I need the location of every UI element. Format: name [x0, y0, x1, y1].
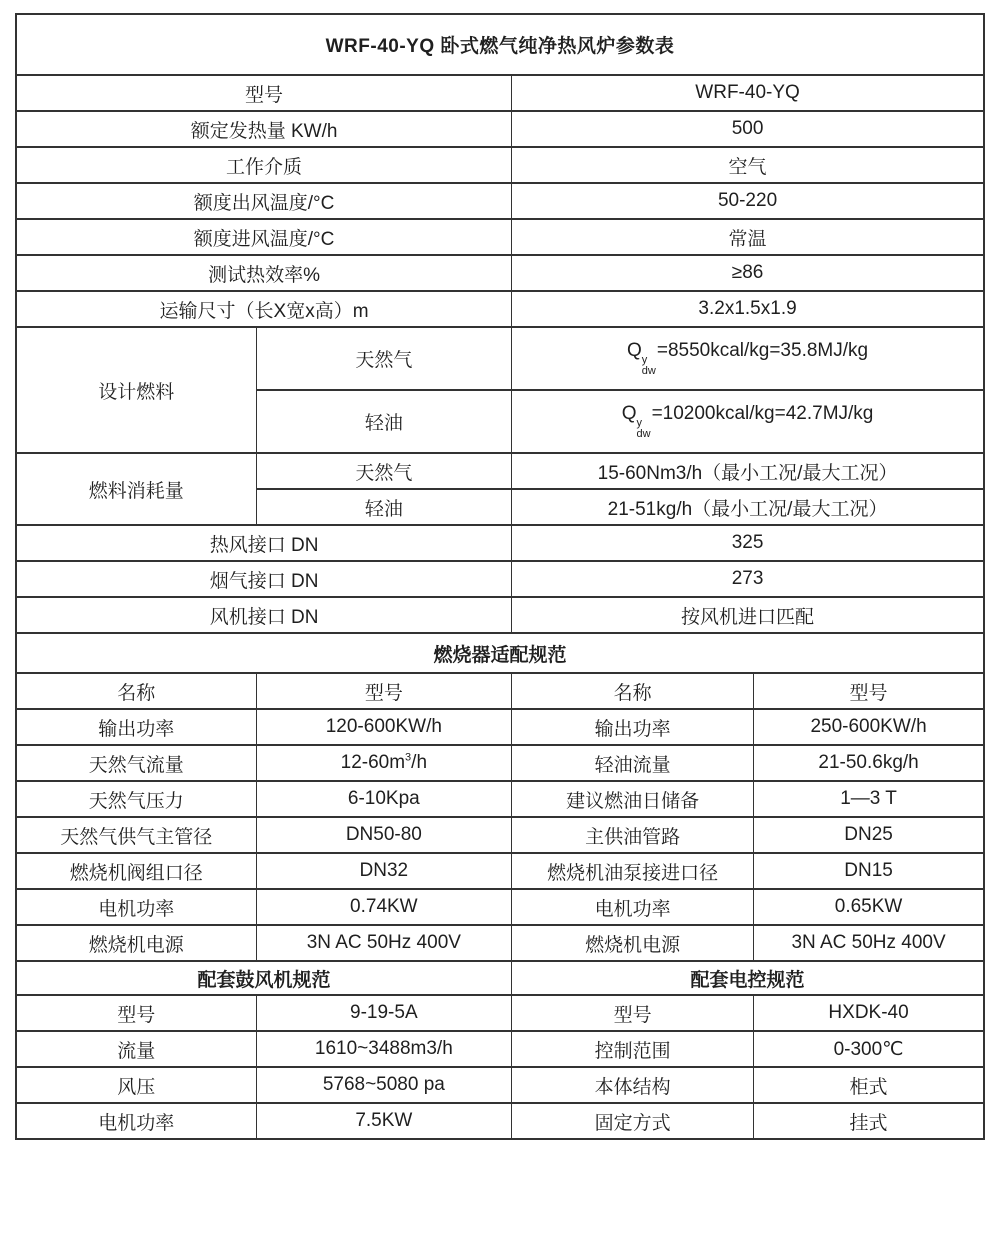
burner-cell: 燃烧机油泵接进口径 — [512, 853, 754, 889]
spec-label: 运输尺寸（长X宽x高）m — [16, 291, 512, 327]
page: WRF-40-YQ 卧式燃气纯净热风炉参数表 型号 WRF-40-YQ 额定发热… — [0, 0, 1000, 1245]
burner-col-header: 名称 — [512, 673, 754, 709]
fuel-consumption-value: 15-60Nm3/h（最小工况/最大工况） — [512, 453, 984, 489]
spec-label: 测试热效率% — [16, 255, 512, 291]
spec-value: 空气 — [512, 147, 984, 183]
spec-value: WRF-40-YQ — [512, 75, 984, 111]
burner-cell: 电机功率 — [16, 889, 256, 925]
design-fuel-type: 轻油 — [256, 390, 512, 453]
spec-label: 额度进风温度/°C — [16, 219, 512, 255]
q-sup-sub: ydw — [637, 418, 651, 440]
bottom-cell: 电机功率 — [16, 1103, 256, 1139]
burner-cell: 输出功率 — [512, 709, 754, 745]
bottom-cell: HXDK-40 — [754, 995, 984, 1031]
burner-cell: 建议燃油日储备 — [512, 781, 754, 817]
bottom-cell: 型号 — [512, 995, 754, 1031]
bottom-cell: 本体结构 — [512, 1067, 754, 1103]
port-value: 273 — [512, 561, 984, 597]
burner-cell: 6-10Kpa — [256, 781, 512, 817]
fuel-consumption-type: 天然气 — [256, 453, 512, 489]
burner-col-header: 型号 — [256, 673, 512, 709]
burner-cell: 燃烧机电源 — [512, 925, 754, 961]
port-label: 风机接口 DN — [16, 597, 512, 633]
bottom-cell: 流量 — [16, 1031, 256, 1067]
bottom-cell: 柜式 — [754, 1067, 984, 1103]
burner-cell: 天然气供气主管径 — [16, 817, 256, 853]
spec-value: 50-220 — [512, 183, 984, 219]
burner-cell: 0.74KW — [256, 889, 512, 925]
burner-cell: DN25 — [754, 817, 984, 853]
bottom-cell: 控制范围 — [512, 1031, 754, 1067]
bottom-cell: 挂式 — [754, 1103, 984, 1139]
fuel-consumption-type: 轻油 — [256, 489, 512, 525]
burner-col-header: 名称 — [16, 673, 256, 709]
burner-cell: 21-50.6kg/h — [754, 745, 984, 781]
spec-value: 常温 — [512, 219, 984, 255]
burner-cell: 天然气流量 — [16, 745, 256, 781]
burner-cell: 燃烧机电源 — [16, 925, 256, 961]
port-label: 烟气接口 DN — [16, 561, 512, 597]
q-sup-sub: ydw — [642, 355, 656, 377]
burner-cell: 电机功率 — [512, 889, 754, 925]
burner-cell: 燃烧机阀组口径 — [16, 853, 256, 889]
bottom-cell: 0-300℃ — [754, 1031, 984, 1067]
burner-cell: 120-600KW/h — [256, 709, 512, 745]
bottom-cell: 1610~3488m3/h — [256, 1031, 512, 1067]
fuel-consumption-value: 21-51kg/h（最小工况/最大工况） — [512, 489, 984, 525]
spec-value: 500 — [512, 111, 984, 147]
bottom-cell: 型号 — [16, 995, 256, 1031]
bottom-cell: 9-19-5A — [256, 995, 512, 1031]
burner-cell: DN32 — [256, 853, 512, 889]
burner-cell: 天然气压力 — [16, 781, 256, 817]
burner-cell: DN50-80 — [256, 817, 512, 853]
port-label: 热风接口 DN — [16, 525, 512, 561]
bottom-cell: 风压 — [16, 1067, 256, 1103]
spec-label: 型号 — [16, 75, 512, 111]
design-fuel-type: 天然气 — [256, 327, 512, 390]
burner-cell: 1—3 T — [754, 781, 984, 817]
burner-cell: 250-600KW/h — [754, 709, 984, 745]
port-value: 按风机进口匹配 — [512, 597, 984, 633]
burner-cell: 轻油流量 — [512, 745, 754, 781]
spec-table: WRF-40-YQ 卧式燃气纯净热风炉参数表 型号 WRF-40-YQ 额定发热… — [15, 13, 985, 1140]
burner-cell: 输出功率 — [16, 709, 256, 745]
burner-cell: 3N AC 50Hz 400V — [256, 925, 512, 961]
blower-section-header: 配套鼓风机规范 — [16, 961, 512, 995]
burner-cell: 12-60m3/h — [256, 745, 512, 781]
burner-section-header: 燃烧器适配规范 — [16, 633, 984, 673]
burner-col-header: 型号 — [754, 673, 984, 709]
burner-cell: 3N AC 50Hz 400V — [754, 925, 984, 961]
table-title: WRF-40-YQ 卧式燃气纯净热风炉参数表 — [16, 14, 984, 75]
design-fuel-heat-value: Qydw=10200kcal/kg=42.7MJ/kg — [512, 390, 984, 453]
burner-cell: 主供油管路 — [512, 817, 754, 853]
spec-label: 工作介质 — [16, 147, 512, 183]
design-fuel-label: 设计燃料 — [16, 327, 256, 453]
port-value: 325 — [512, 525, 984, 561]
bottom-cell: 5768~5080 pa — [256, 1067, 512, 1103]
spec-label: 额定发热量 KW/h — [16, 111, 512, 147]
bottom-cell: 7.5KW — [256, 1103, 512, 1139]
spec-value: 3.2x1.5x1.9 — [512, 291, 984, 327]
spec-value: ≥86 — [512, 255, 984, 291]
control-section-header: 配套电控规范 — [512, 961, 984, 995]
fuel-consumption-label: 燃料消耗量 — [16, 453, 256, 525]
design-fuel-heat-value: Qydw=8550kcal/kg=35.8MJ/kg — [512, 327, 984, 390]
bottom-cell: 固定方式 — [512, 1103, 754, 1139]
spec-label: 额度出风温度/°C — [16, 183, 512, 219]
burner-cell: 0.65KW — [754, 889, 984, 925]
burner-cell: DN15 — [754, 853, 984, 889]
